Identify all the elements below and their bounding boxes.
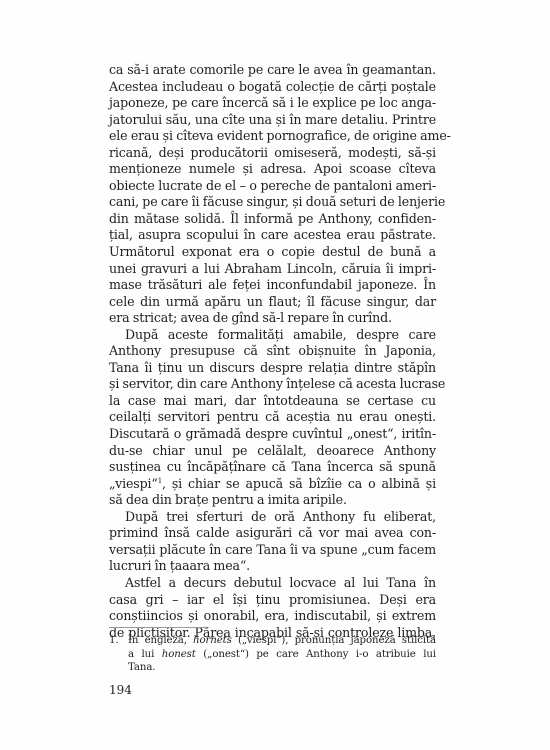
text-line: Anthony presupuse că sînt obișnuite în J… [109,343,436,360]
text-fragment: În engleză, [128,635,193,646]
text-line: Următorul exponat era o copie destul de … [109,244,436,261]
footnote-line: Tana. [128,661,436,675]
text-line: menționeze numele și adresa. Apoi scoase… [109,161,436,178]
text-line: japoneze, pe care încercă să i le explic… [109,95,436,112]
book-page: ca să-i arate comorile pe care le avea î… [0,0,550,750]
body-text: ca să-i arate comorile pe care le avea î… [109,62,436,641]
text-line: conștiincios și onorabil, era, indiscuta… [109,608,436,625]
text-line: casa gri – iar el își ținu promisiunea. … [109,592,436,609]
text-fragment: („viespi“), pronunția japoneză stîlcită [232,635,436,646]
text-line: După trei sferturi de oră Anthony fu eli… [109,509,436,526]
text-line: Acestea includeau o bogată colecție de c… [109,79,436,96]
text-line-with-footnote-ref: „viespi“1, și chiar se apucă să bîzîie c… [109,476,436,493]
text-line: ca să-i arate comorile pe care le avea î… [109,62,436,79]
text-line: ceilalți servitori pentru că aceștia nu … [109,409,436,426]
text-line: unei gravuri a lui Abraham Lincoln, căru… [109,261,436,278]
text-line: versații plăcute în care Tana îi va spun… [109,542,436,559]
text-line: lucruri în țaaara mea“. [109,558,436,575]
footnote: 1. În engleză, hornets („viespi“), pronu… [109,634,436,675]
text-line: din mătase solidă. Îl informă pe Anthony… [109,211,436,228]
footnote-line: În engleză, hornets („viespi“), pronunți… [128,634,436,648]
text-line: să dea din brațe pentru a imita aripile. [109,492,436,509]
text-line: obiecte lucrate de el – o pereche de pan… [109,178,436,195]
text-line: primind însă calde asigurări că vor mai … [109,525,436,542]
text-line: du-se chiar unul pe celălalt, deoarece A… [109,443,436,460]
text-line: Tana îi ținu un discurs despre relația d… [109,360,436,377]
text-line: ricană, deși producătorii omiseseră, mod… [109,145,436,162]
footnote-line: a lui honest („onest“) pe care Anthony i… [128,648,436,662]
footnote-body: În engleză, hornets („viespi“), pronunți… [128,634,436,675]
text-line: cele din urmă apăru un flaut; îl făcuse … [109,294,436,311]
text-fragment: a lui [128,649,162,660]
text-fragment: („onest“) pe care Anthony i-o atribuie l… [196,649,436,660]
paragraph-4: Astfel a decurs debutul locvace al lui T… [109,575,436,641]
text-line: era stricat; avea de gînd să-l repare în… [109,310,436,327]
text-line: Astfel a decurs debutul locvace al lui T… [109,575,436,592]
text-line: Discutară o grămadă despre cuvîntul „one… [109,426,436,443]
text-line: ele erau și cîteva evident pornografice,… [109,128,436,145]
italic-term: hornets [193,635,232,646]
text-line: țial, asupra scopului în care acestea er… [109,227,436,244]
text-line: la case mai mari, dar întotdeauna se cer… [109,393,436,410]
text-line: mase trăsături ale feței inconfundabil j… [109,277,436,294]
paragraph-2: După aceste formalități amabile, despre … [109,327,436,509]
text-fragment: „viespi“ [109,476,158,491]
text-line: și servitor, din care Anthony înțelese c… [109,376,436,393]
text-line: cani, pe care îi făcuse singur, și două … [109,194,436,211]
footnote-divider [109,627,206,628]
italic-term: honest [162,649,196,660]
footnote-number: 1. [109,634,119,648]
text-line: După aceste formalități amabile, despre … [109,327,436,344]
paragraph-1: ca să-i arate comorile pe care le avea î… [109,62,436,327]
paragraph-3: După trei sferturi de oră Anthony fu eli… [109,509,436,575]
text-line: susținea cu încăpățînare că Tana încerca… [109,459,436,476]
text-fragment: , și chiar se apucă să bîzîie ca o albin… [162,476,436,491]
page-number: 194 [109,683,132,697]
text-line: jatorului său, una cîte una și în mare d… [109,112,436,129]
